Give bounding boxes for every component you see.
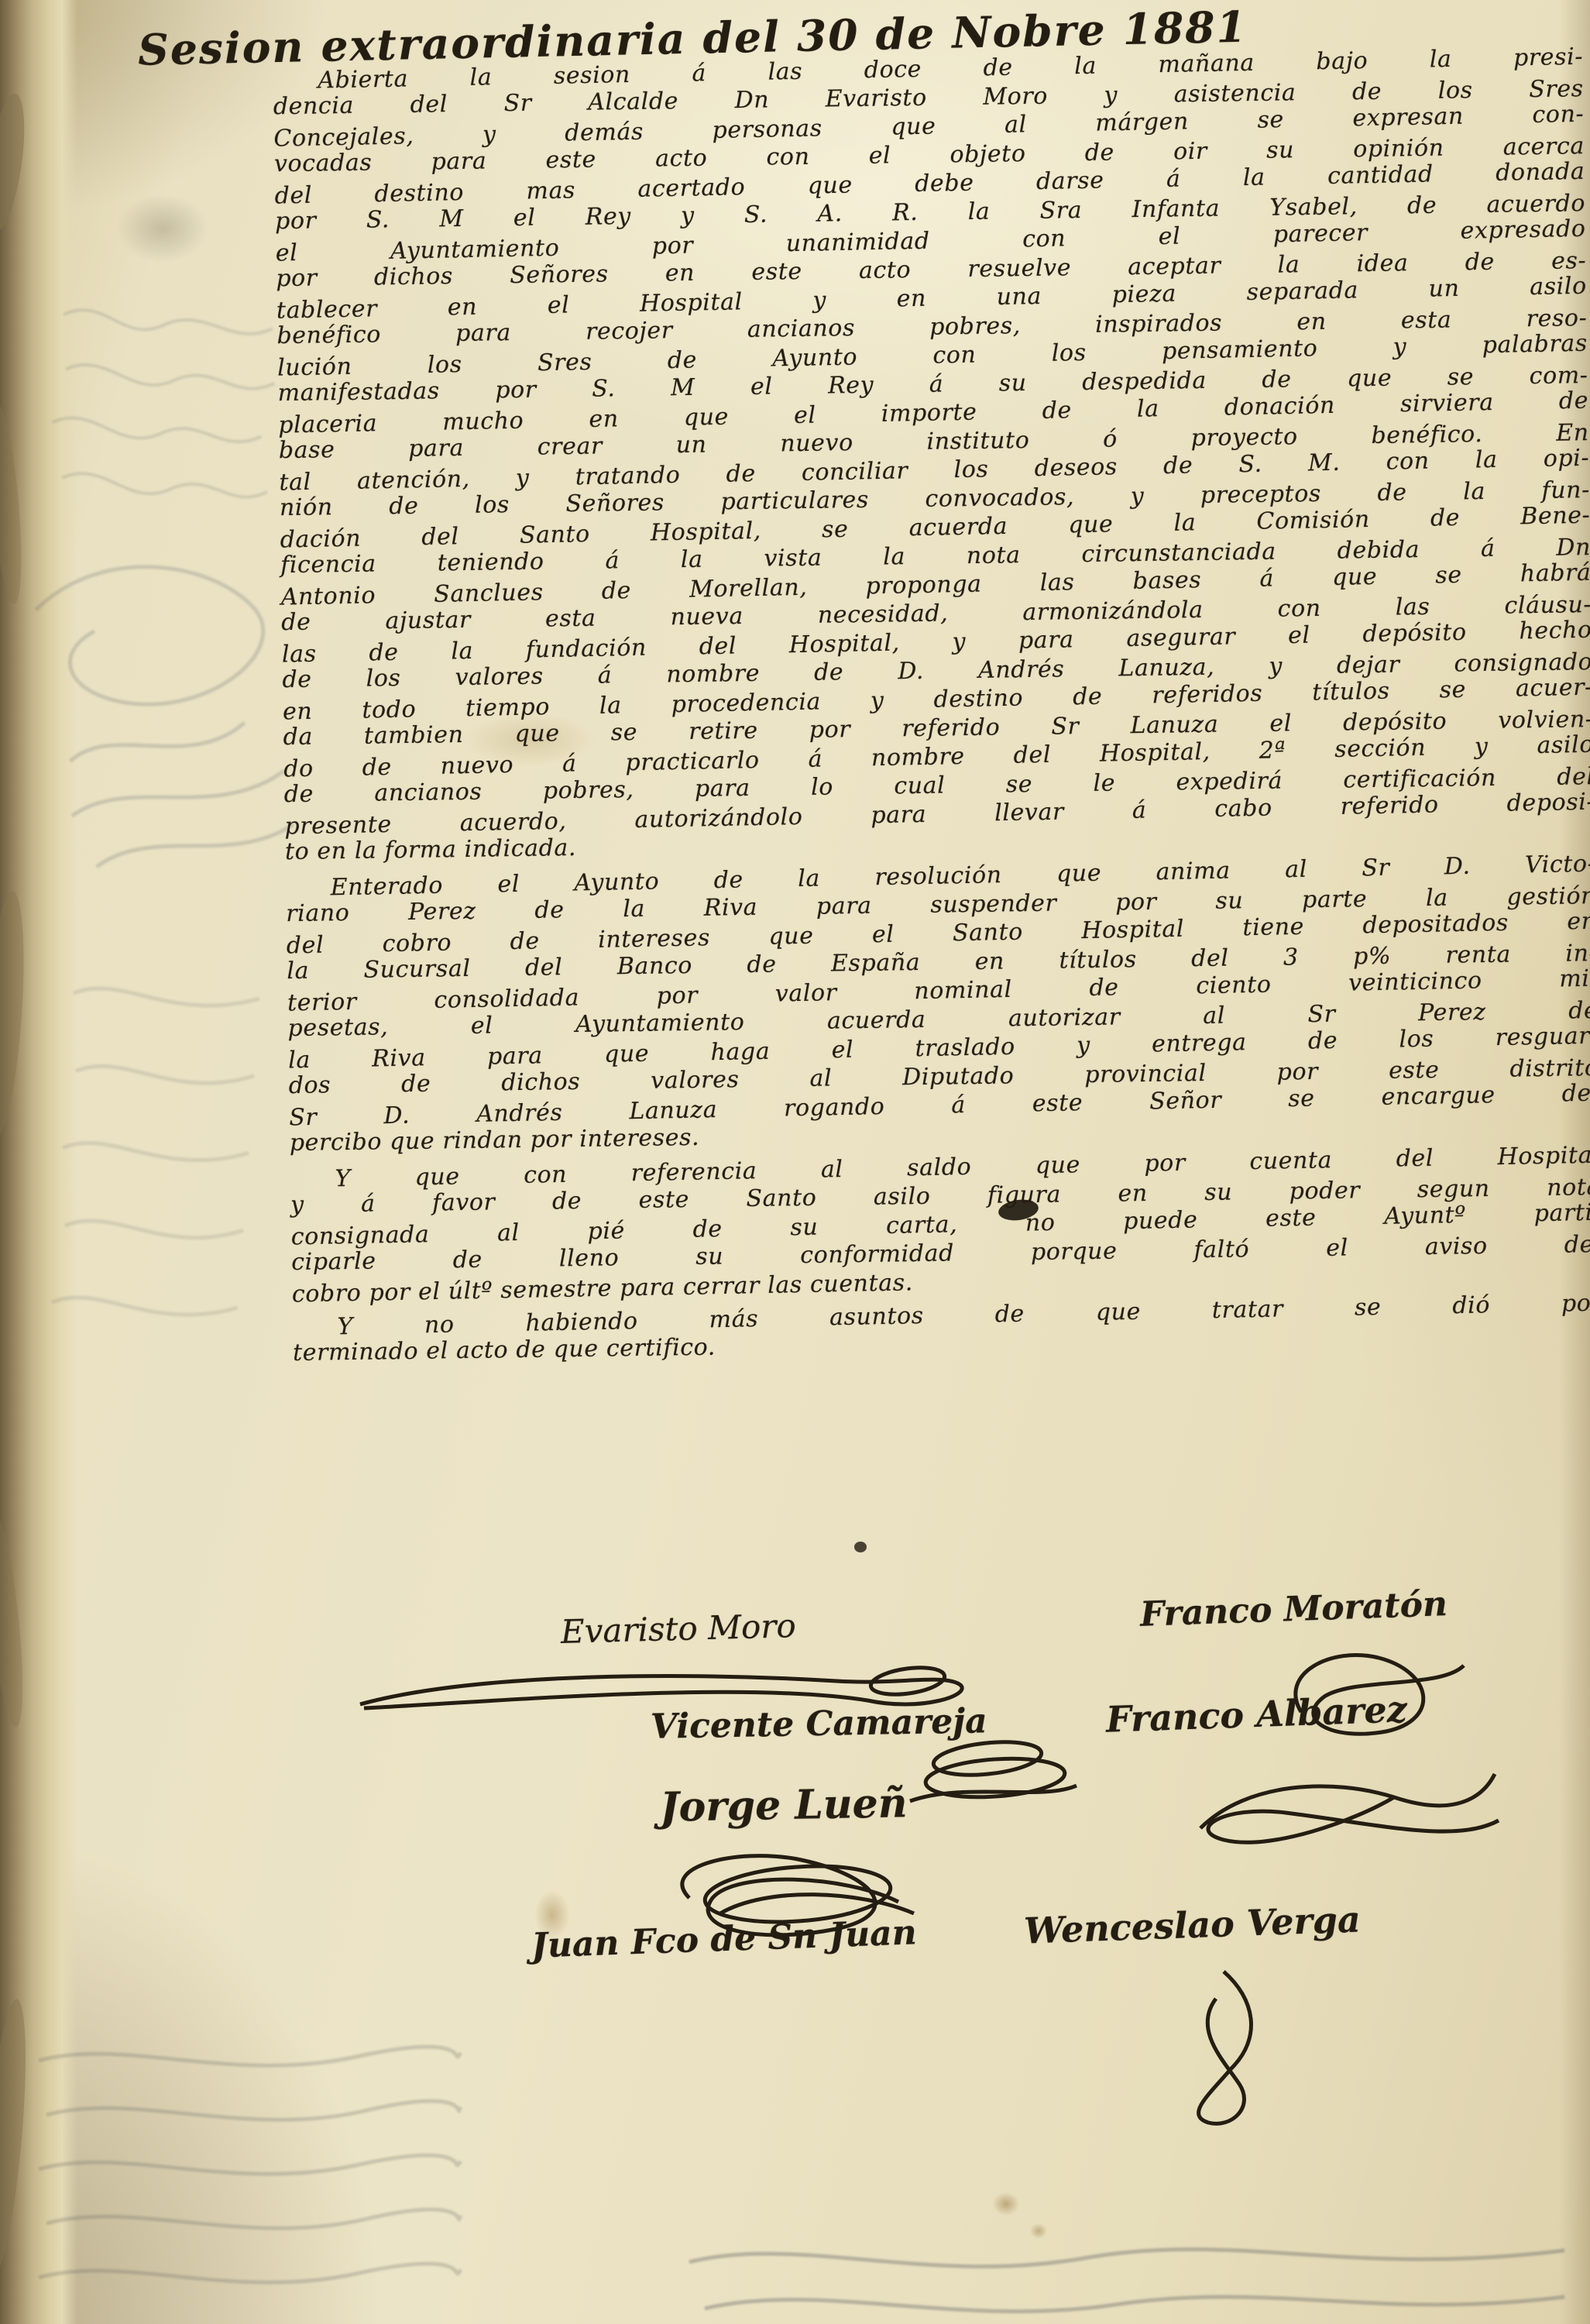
signature-wenceslao-verga: Wenceslao Verga <box>1023 1898 1361 1951</box>
paper-stain <box>993 2192 1019 2216</box>
bleedthrough-marks <box>31 2030 465 2309</box>
signature-franco-moraton: Franco Moratón <box>1139 1584 1448 1635</box>
signature-rubric <box>1177 1766 1502 1867</box>
manuscript-body: Abierta la sesion á las doce de la mañan… <box>273 44 1590 1373</box>
bleedthrough-marks <box>35 283 290 538</box>
signature-juan-fco-de-sn-juan: Juan Fco de Sn Juan <box>531 1913 917 1965</box>
paper-stain <box>116 194 209 263</box>
paragraph-1: Abierta la sesion á las doce de la mañan… <box>273 44 1590 867</box>
signature-evaristo-moro: Evaristo Moro <box>560 1607 796 1651</box>
signature-rubric <box>1138 1968 1309 2130</box>
paragraph-3: Y que con referencia al saldo que por cu… <box>290 1143 1590 1307</box>
ink-blot <box>854 1542 867 1552</box>
signature-jorge-luen: Jorge Lueñ <box>659 1779 908 1831</box>
bleedthrough-marks <box>41 962 269 1363</box>
signature-rubric <box>902 1728 1080 1813</box>
paragraph-2: Enterado el Ayunto de la resolución que … <box>285 851 1590 1159</box>
manuscript-page: Sesion extraordinaria del 30 de Nobre 18… <box>0 0 1590 2324</box>
bleedthrough-marks <box>682 2231 1572 2324</box>
bleedthrough-marks <box>12 523 321 888</box>
